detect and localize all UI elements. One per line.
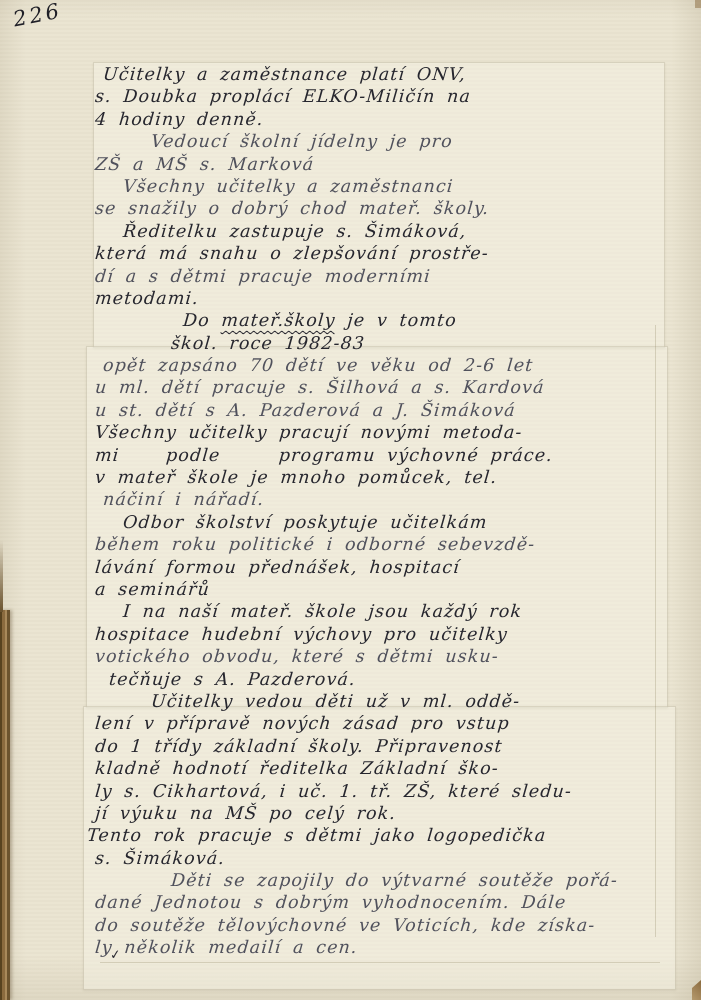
- text-line: 4 hodiny denně.: [94, 109, 692, 131]
- text-line: mi podle programu výchovné práce.: [94, 445, 692, 467]
- text-line: kladně hodnotí ředitelka Základní ško-: [94, 758, 692, 780]
- checkmark: ✓: [109, 947, 121, 963]
- text-line: která má snahu o zlepšování prostře-: [94, 243, 692, 265]
- text-line: dí a s dětmi pracuje moderními: [94, 266, 692, 288]
- text-line: hospitace hudební výchovy pro učitelky: [94, 624, 692, 646]
- paper-crease-horizontal: [100, 962, 660, 963]
- text-line: ly s. Cikhartová, i uč. 1. tř. ZŠ, které…: [94, 781, 692, 803]
- text-line: jí výuku na MŠ po celý rok.: [94, 803, 692, 825]
- text-line: s. Doubka proplácí ELKO-Miličín na: [94, 86, 692, 108]
- text-line: do soutěže tělovýchovné ve Voticích, kde…: [94, 915, 692, 937]
- text-line: Všechny učitelky a zaměstnanci: [122, 176, 692, 198]
- chronicle-scanned-page: 226 Učitelky a zaměstnance platí ONV,s. …: [0, 0, 701, 1000]
- phrase: je v tomto: [335, 311, 458, 331]
- text-line: opět zapsáno 70 dětí ve věku od 2-6 let: [102, 355, 692, 377]
- text-line: Učitelky a zaměstnance platí ONV,: [102, 64, 692, 86]
- book-binding-edge-fade: [0, 540, 3, 612]
- text-line: Děti se zapojily do výtvarné soutěže poř…: [170, 870, 692, 892]
- text-line: škol. roce 1982-83: [170, 333, 692, 355]
- text-line: do 1 třídy základní školy. Připravenost: [94, 736, 692, 758]
- text-line: a seminářů: [94, 579, 692, 601]
- text-line: metodami.: [94, 288, 692, 310]
- page-corner-top-right: [695, 0, 701, 8]
- handwritten-text-block: Učitelky a zaměstnance platí ONV,s. Doub…: [95, 64, 691, 960]
- text-line: lení v přípravě nových zásad pro vstup: [94, 713, 692, 735]
- text-line: Do mateř.školy je v tomto: [182, 310, 692, 332]
- text-line: u st. dětí s A. Pazderová a J. Šimáková: [94, 400, 692, 422]
- text-line: u ml. dětí pracuje s. Šilhová a s. Kardo…: [94, 377, 692, 399]
- text-line: se snažily o dobrý chod mateř. školy.: [94, 198, 692, 220]
- text-line: Vedoucí školní jídelny je pro: [150, 131, 692, 153]
- text-line: I na naší mateř. škole jsou každý rok: [122, 601, 692, 623]
- text-line: votického obvodu, které s dětmi usku-: [94, 646, 692, 668]
- page-number: 226: [11, 0, 64, 31]
- text-line: ly několik medailí a cen.: [94, 937, 692, 959]
- text-line: Tento rok pracuje s dětmi jako logopedič…: [86, 825, 692, 847]
- text-line: v mateř škole je mnoho pomůcek, tel.: [94, 467, 692, 489]
- text-line: Všechny učitelky pracují novými metoda-: [94, 422, 692, 444]
- text-line: Ředitelku zastupuje s. Šimáková,: [122, 221, 692, 243]
- book-binding-edge: [0, 610, 10, 1000]
- text-line: tečňuje s A. Pazderová.: [108, 669, 692, 691]
- text-line: během roku politické i odborné sebevzdě-: [94, 534, 692, 556]
- page-corner-bottom-right: [692, 980, 701, 1000]
- text-line: náčiní i nářadí.: [102, 489, 692, 511]
- phrase: Do: [182, 311, 222, 331]
- text-line: s. Šimáková.: [94, 848, 692, 870]
- underlined-phrase: mateř.školy: [221, 311, 337, 331]
- text-line: lávání formou přednášek, hospitací: [94, 557, 692, 579]
- text-line: Odbor školství poskytuje učitelkám: [122, 512, 692, 534]
- text-line: Učitelky vedou děti už v ml. oddě-: [150, 691, 692, 713]
- text-line: ZŠ a MŠ s. Marková: [94, 154, 692, 176]
- text-line: dané Jednotou s dobrým vyhodnocením. Dál…: [94, 892, 692, 914]
